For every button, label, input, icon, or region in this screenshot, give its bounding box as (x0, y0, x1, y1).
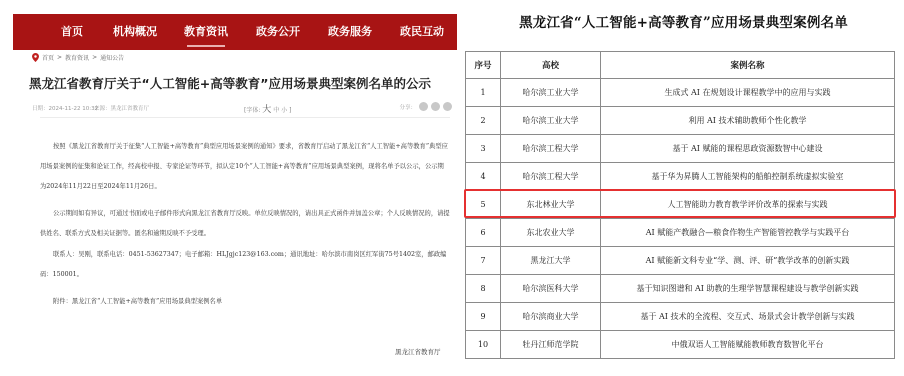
font-large-button[interactable]: 大 (262, 105, 271, 115)
article-paragraph: 联系人：吴刚，联系电话：0451-53627347；电子邮箱：HLJgjc123… (40, 245, 450, 285)
row-university: 黑龙江大学 (501, 247, 601, 275)
publish-date: 日期：2024-11-22 10:32 (32, 104, 98, 112)
case-list-title: 黑龙江省“人工智能+高等教育”应用场景典型案例名单 (463, 11, 904, 31)
case-table: 序号 高校 案例名称 1 哈尔滨工业大学 生成式 AI 在规划设计课程教学中的应… (465, 51, 895, 359)
breadcrumb-notices[interactable]: 通知公告 (100, 53, 124, 62)
header-index: 序号 (466, 52, 501, 79)
table-row: 10 牡丹江师范学院 中俄双语人工智能赋能教师教育数智化平台 (466, 331, 895, 359)
row-index: 6 (466, 219, 501, 247)
row-case-name: 基于华为昇腾人工智能架构的船舶控制系统虚拟实验室 (601, 163, 895, 191)
article-title: 黑龙江省教育厅关于“人工智能+高等教育”应用场景典型案例名单的公示 (0, 74, 460, 92)
signature: 黑龙江省教育厅 (395, 347, 441, 356)
row-university: 哈尔滨工程大学 (501, 163, 601, 191)
article-paragraph: 公示期间如有异议，可通过书面或电子邮件形式向黑龙江省教育厅反映。单位反映情况的，… (40, 204, 450, 244)
row-index: 8 (466, 275, 501, 303)
table-row-highlighted: 5 东北林业大学 人工智能助力教育教学评价改革的探索与实践 (466, 191, 895, 219)
row-case-name: 中俄双语人工智能赋能教师教育数智化平台 (601, 331, 895, 359)
row-index: 1 (466, 79, 501, 107)
row-index: 10 (466, 331, 501, 359)
row-case-name: 生成式 AI 在规划设计课程教学中的应用与实践 (601, 79, 895, 107)
row-index: 4 (466, 163, 501, 191)
row-case-name: AI 赋能新文科专业“学、测、评、研”教学改革的创新实践 (601, 247, 895, 275)
nav-item-gov-services[interactable]: 政务服务 (315, 14, 385, 50)
table-row: 4 哈尔滨工程大学 基于华为昇腾人工智能架构的船舶控制系统虚拟实验室 (466, 163, 895, 191)
nav-item-about[interactable]: 机构概况 (100, 14, 170, 50)
row-university: 东北林业大学 (501, 191, 601, 219)
share-bar: 分享： (399, 102, 452, 111)
share-label: 分享： (399, 103, 416, 111)
article-meta: 日期：2024-11-22 10:32 来源：黑龙江省教育厅 [字体: 大 中 … (32, 104, 452, 116)
share-weibo-icon[interactable] (431, 102, 440, 111)
table-row: 2 哈尔滨工业大学 利用 AI 技术辅助教师个性化教学 (466, 107, 895, 135)
row-index: 3 (466, 135, 501, 163)
row-university: 哈尔滨医科大学 (501, 275, 601, 303)
row-case-name: 人工智能助力教育教学评价改革的探索与实践 (601, 191, 895, 219)
row-university: 哈尔滨商业大学 (501, 303, 601, 331)
font-small-button[interactable]: 小 ] (281, 107, 291, 114)
table-row: 3 哈尔滨工程大学 基于 AI 赋能的课程思政资源数智中心建设 (466, 135, 895, 163)
row-index: 5 (466, 191, 501, 219)
nav-item-education-news[interactable]: 教育资讯 (171, 14, 241, 50)
breadcrumb-home[interactable]: 首页 (42, 53, 54, 62)
row-case-name: AI 赋能产教融合—粮食作物生产智能管控教学与实践平台 (601, 219, 895, 247)
row-university: 牡丹江师范学院 (501, 331, 601, 359)
article-source: 来源：黑龙江省教育厅 (94, 104, 149, 112)
notice-page: 首页 机构概况 教育资讯 政务公开 政务服务 政民互动 首页 > 教育资讯 > … (0, 0, 460, 376)
row-case-name: 利用 AI 技术辅助教师个性化教学 (601, 107, 895, 135)
row-case-name: 基于知识图谱和 AI 助教的生理学智慧课程建设与教学创新实践 (601, 275, 895, 303)
breadcrumb-education-news[interactable]: 教育资讯 (65, 53, 89, 62)
row-university: 东北农业大学 (501, 219, 601, 247)
main-nav: 首页 机构概况 教育资讯 政务公开 政务服务 政民互动 (13, 14, 457, 50)
row-case-name: 基于 AI 赋能的课程思政资源数智中心建设 (601, 135, 895, 163)
header-case-name: 案例名称 (601, 52, 895, 79)
row-index: 9 (466, 303, 501, 331)
location-pin-icon (32, 53, 39, 62)
table-header-row: 序号 高校 案例名称 (466, 52, 895, 79)
table-row: 8 哈尔滨医科大学 基于知识图谱和 AI 助教的生理学智慧课程建设与教学创新实践 (466, 275, 895, 303)
table-row: 6 东北农业大学 AI 赋能产教融合—粮食作物生产智能管控教学与实践平台 (466, 219, 895, 247)
row-index: 2 (466, 107, 501, 135)
breadcrumb-separator: > (92, 54, 97, 61)
row-index: 7 (466, 247, 501, 275)
nav-item-gov-affairs-public[interactable]: 政务公开 (243, 14, 313, 50)
header-university: 高校 (501, 52, 601, 79)
breadcrumb-separator: > (57, 54, 62, 61)
breadcrumb: 首页 > 教育资讯 > 通知公告 (32, 53, 124, 62)
article-paragraph: 按照《黑龙江省教育厅关于征集“人工智能+高等教育”典型应用场景案例的通知》要求，… (40, 137, 450, 197)
row-university: 哈尔滨工程大学 (501, 135, 601, 163)
nav-item-home[interactable]: 首页 (37, 14, 107, 50)
table-row: 1 哈尔滨工业大学 生成式 AI 在规划设计课程教学中的应用与实践 (466, 79, 895, 107)
row-case-name: 基于 AI 技术的全流程、交互式、场景式会计教学创新与实践 (601, 303, 895, 331)
font-medium-button[interactable]: 中 (273, 107, 279, 114)
divider (40, 117, 450, 118)
case-list-document: 黑龙江省“人工智能+高等教育”应用场景典型案例名单 序号 高校 案例名称 1 哈… (463, 0, 904, 376)
row-university: 哈尔滨工业大学 (501, 79, 601, 107)
font-size-label: [字体: (244, 107, 260, 114)
font-size-control: [字体: 大 中 小 ] (244, 102, 291, 115)
attachment-link[interactable]: 附件：黑龙江省“人工智能+高等教育”应用场景典型案例名单 (40, 292, 450, 312)
row-university: 哈尔滨工业大学 (501, 107, 601, 135)
table-row: 7 黑龙江大学 AI 赋能新文科专业“学、测、评、研”教学改革的创新实践 (466, 247, 895, 275)
table-row: 9 哈尔滨商业大学 基于 AI 技术的全流程、交互式、场景式会计教学创新与实践 (466, 303, 895, 331)
share-wechat-icon[interactable] (419, 102, 428, 111)
share-qzone-icon[interactable] (443, 102, 452, 111)
nav-item-interaction[interactable]: 政民互动 (387, 14, 457, 50)
